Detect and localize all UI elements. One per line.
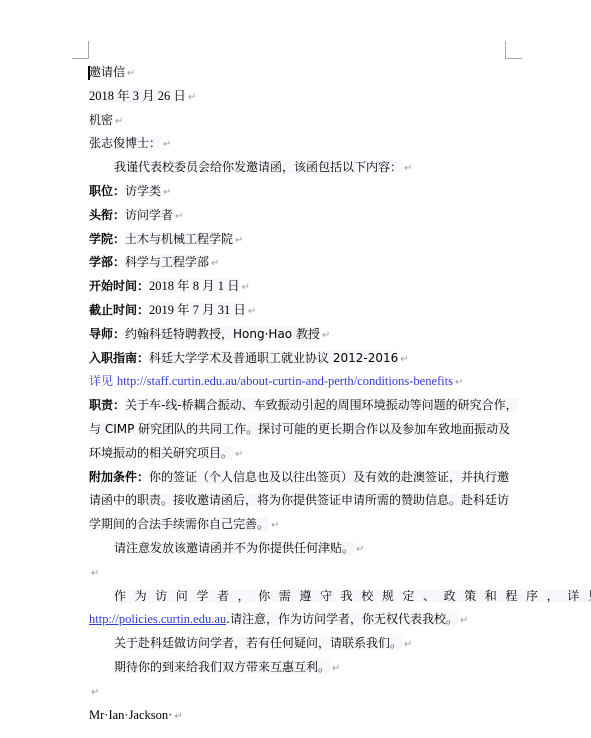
conditions-line-1: 附加条件：你的签证（个人信息也及以往出签页）及有效的赴澳签证，并执行邀 (89, 466, 509, 490)
paragraph-mark-icon: ↵ (460, 615, 468, 626)
details-link-line: 详见 http://staff.curtin.edu.au/about-curt… (89, 370, 509, 394)
conditions-label: 附加条件： (89, 470, 149, 484)
paragraph-mark-icon: ↵ (271, 520, 279, 531)
page-corner-marker-top-right (505, 41, 522, 59)
conditions-line-3: 学期间的合法手续需你自己完善。↵ (89, 513, 509, 537)
letter-title: 邀请信↵ (89, 61, 509, 85)
contact-paragraph: 关于赴科廷做访问学者，若有任何疑问，请联系我们。↵ (89, 632, 509, 656)
paragraph-mark-icon: ↵ (404, 163, 412, 174)
paragraph-mark-icon: ↵ (322, 330, 330, 341)
field-onboarding-guide: 入职指南：科廷大学学术及普通职工就业协议 2012-2016↵ (89, 347, 509, 371)
field-value: 2019 年 7 月 31 日 (149, 303, 246, 317)
field-faculty: 学部：科学与工程学部↵ (89, 251, 509, 275)
allowance-note: 请注意发放该邀请函并不为你提供任何津贴。↵ (89, 537, 509, 561)
paragraph-mark-icon: ↵ (332, 663, 340, 674)
paragraph-mark-icon: ↵ (248, 306, 256, 317)
paragraph-mark-icon: ↵ (127, 68, 135, 79)
text-cursor (88, 66, 90, 80)
field-label: 导师： (89, 327, 125, 341)
field-value: 约翰科廷特聘教授，Hong·Hao 教授 (125, 327, 320, 341)
paragraph-mark-icon: ↵ (400, 354, 408, 365)
confidential-label: 机密↵ (89, 109, 509, 133)
field-label: 学院： (89, 232, 125, 246)
policies-link[interactable]: http://policies.curtin.edu.au (89, 612, 226, 626)
paragraph-mark-icon: ↵ (404, 639, 412, 650)
field-value: 2018 年 8 月 1 日 (149, 279, 240, 293)
paragraph-mark-icon: ↵ (235, 449, 243, 460)
duties-line-3: 环境振动的相关研究项目。↵ (89, 442, 509, 466)
intro-paragraph: 我谨代表校委员会给你发邀请函，该函包括以下内容：↵ (89, 156, 509, 180)
policy-line-2: http://policies.curtin.edu.au.请注意，作为访问学者… (89, 608, 509, 632)
paragraph-mark-icon: ↵ (242, 282, 250, 293)
field-label: 截止时间： (89, 303, 149, 317)
paragraph-mark-icon: ↵ (455, 377, 463, 388)
signature: Mr·Ian·Jackson·↵ (89, 704, 509, 728)
paragraph-mark-icon: ↵ (91, 568, 99, 579)
paragraph-mark-icon: ↵ (115, 116, 123, 127)
field-label: 开始时间： (89, 279, 149, 293)
field-value: 科学与工程学部 (125, 255, 209, 269)
duties-line-1: 职责：关于车-线-桥耦合振动、车致振动引起的周围环境振动等问题的研究合作， (89, 394, 509, 418)
field-value: 土木与机械工程学院 (125, 232, 233, 246)
empty-paragraph: ↵ (89, 561, 509, 585)
conditions-benefits-link[interactable]: http://staff.curtin.edu.au/about-curtin-… (117, 374, 453, 388)
field-school: 学院：土木与机械工程学院↵ (89, 228, 509, 252)
field-value: 访问学者 (125, 208, 173, 222)
field-value: 科廷大学学术及普通职工就业协议 2012-2016 (149, 351, 398, 365)
page-corner-marker-top-left (72, 41, 89, 59)
field-supervisor: 导师：约翰科廷特聘教授，Hong·Hao 教授↵ (89, 323, 509, 347)
paragraph-mark-icon: ↵ (356, 544, 364, 555)
paragraph-mark-icon: ↵ (175, 211, 183, 222)
paragraph-mark-icon: ↵ (91, 687, 99, 698)
closing-paragraph: 期待你的到来给我们双方带来互惠互利。↵ (89, 656, 509, 680)
conditions-line-2: 请函中的职责。接收邀请函后，将为你提供签证申请所需的赞助信息。赴科廷访 (89, 489, 509, 513)
duties-line-2: 与 CIMP 研究团队的共同工作。探讨可能的更长期合作以及参加车致地面振动及 (89, 418, 509, 442)
field-label: 头衔： (89, 208, 125, 222)
field-title: 头衔：访问学者↵ (89, 204, 509, 228)
paragraph-mark-icon: ↵ (174, 711, 182, 722)
paragraph-mark-icon: ↵ (188, 92, 196, 103)
document-body[interactable]: 邀请信↵ 2018 年 3 月 26 日↵ 机密↵ 张志俊博士：↵ 我谨代表校委… (89, 61, 509, 727)
field-label: 入职指南： (89, 351, 149, 365)
field-position: 职位：访学类↵ (89, 180, 509, 204)
field-start-date: 开始时间：2018 年 8 月 1 日↵ (89, 275, 509, 299)
paragraph-mark-icon: ↵ (235, 235, 243, 246)
paragraph-mark-icon: ↵ (163, 187, 171, 198)
field-end-date: 截止时间：2019 年 7 月 31 日↵ (89, 299, 509, 323)
salutation: 张志俊博士：↵ (89, 132, 509, 156)
field-value: 访学类 (125, 184, 161, 198)
empty-paragraph: ↵ (89, 680, 509, 704)
field-label: 职位： (89, 184, 125, 198)
letter-date: 2018 年 3 月 26 日↵ (89, 85, 509, 109)
policy-line-1: 作为访问学者，你需遵守我校规定、政策和程序，详见 (89, 585, 509, 609)
field-label: 学部： (89, 255, 125, 269)
duties-label: 职责： (89, 398, 125, 412)
paragraph-mark-icon: ↵ (211, 258, 219, 269)
paragraph-mark-icon: ↵ (163, 139, 171, 150)
